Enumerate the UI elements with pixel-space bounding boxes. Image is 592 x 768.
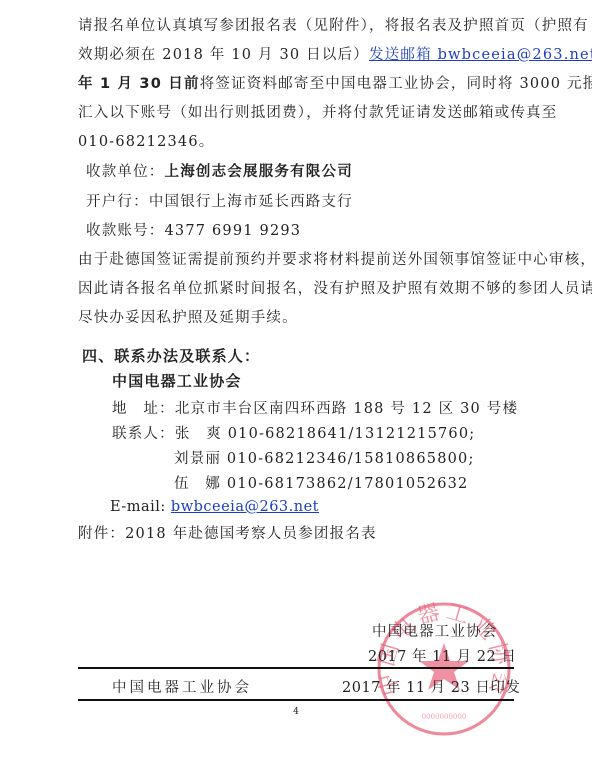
paragraph1-line5: 010-68212346。: [78, 130, 214, 151]
paragraph1-line3: 年 1 月 30 日前将签证资料邮寄至中国电器工业协会，同时将 3000 元报名…: [78, 72, 592, 93]
signature-org: 中国电器工业协会: [372, 620, 498, 641]
contact-row-2: 刘景丽 010-68212346/15810865800;: [174, 447, 475, 468]
contact-name: 刘景丽: [174, 451, 221, 467]
paragraph1-line1: 请报名单位认真填写参团报名表（见附件），将报名表及护照首页（护照有: [78, 14, 589, 35]
contact-phone: 010-68212346/15810865800;: [227, 451, 475, 467]
paragraph1-line2-text: 效期必须在 2018 年 10 月 30 日以后）: [78, 47, 369, 63]
account-value: 4377 6991 9293: [165, 223, 302, 239]
contacts-label: 联系人：: [112, 426, 175, 442]
email-link[interactable]: bwbceeia@263.net: [171, 499, 319, 515]
payee-value: 上海创志会展服务有限公司: [165, 164, 353, 180]
footer-issue-date: 2017 年 11 月 23 日印发: [342, 676, 520, 697]
footer-top-rule: [78, 667, 514, 669]
address-row: 地 址：北京市丰台区南四环西路 188 号 12 区 30 号楼: [112, 397, 518, 418]
paragraph1-line4: 汇入以下账号（如出行则抵团费），并将付款凭证请发送邮箱或传真至: [78, 101, 557, 122]
attachment-line: 附件：2018 年赴德国考察人员参团报名表: [78, 522, 377, 543]
email-row: E-mail: bwbceeia@263.net: [110, 499, 319, 515]
payee-row: 收款单位：上海创志会展服务有限公司: [86, 160, 353, 181]
paragraph2-line3: 尽快办妥因私护照及延期手续。: [78, 306, 298, 327]
bank-row: 开户行：中国银行上海市延长西路支行: [86, 190, 353, 211]
footer-bottom-rule: [78, 699, 514, 701]
deadline-text: 年 1 月 30 日前: [78, 76, 200, 92]
payee-label: 收款单位：: [86, 164, 165, 180]
account-label: 收款账号：: [86, 223, 165, 239]
contact-row-1: 联系人：张 爽 010-68218641/13121215760;: [112, 422, 475, 443]
email-link-inline[interactable]: 发送邮箱 bwbceeia@263.net。请于 2018: [369, 47, 592, 63]
bank-value: 中国银行上海市延长西路支行: [149, 194, 353, 210]
contact-org: 中国电器工业协会: [112, 370, 242, 391]
signature-date: 2017 年 11 月 22 日: [368, 645, 516, 666]
footer-issuer: 中国电器工业协会: [112, 676, 252, 697]
contact-row-3: 伍 娜 010-68173862/17801052632: [174, 472, 468, 493]
paragraph2-line1: 由于赴德国签证需提前预约并要求将材料提前送外国领事馆签证中心审核，: [78, 248, 592, 269]
paragraph2-line2: 因此请各报名单位抓紧时间报名，没有护照及护照有效期不够的参团人员请: [78, 277, 592, 298]
email-label: E-mail:: [110, 499, 171, 515]
bank-label: 开户行：: [86, 194, 149, 210]
address-value: 北京市丰台区南四环西路 188 号 12 区 30 号楼: [175, 401, 518, 417]
page-number: 4: [0, 707, 592, 717]
address-label: 地 址：: [112, 401, 175, 417]
paragraph1-line3-text: 将签证资料邮寄至中国电器工业协会，同时将 3000 元报名费: [200, 76, 592, 92]
paragraph1-line2: 效期必须在 2018 年 10 月 30 日以后）发送邮箱 bwbceeia@2…: [78, 43, 592, 64]
contact-phone: 010-68173862/17801052632: [227, 476, 469, 492]
contact-heading: 四、联系办法及联系人：: [82, 345, 260, 366]
contact-phone: 010-68218641/13121215760;: [228, 426, 476, 442]
contact-name: 伍 娜: [174, 476, 221, 492]
account-row: 收款账号：4377 6991 9293: [86, 219, 301, 240]
contact-name: 张 爽: [175, 426, 222, 442]
